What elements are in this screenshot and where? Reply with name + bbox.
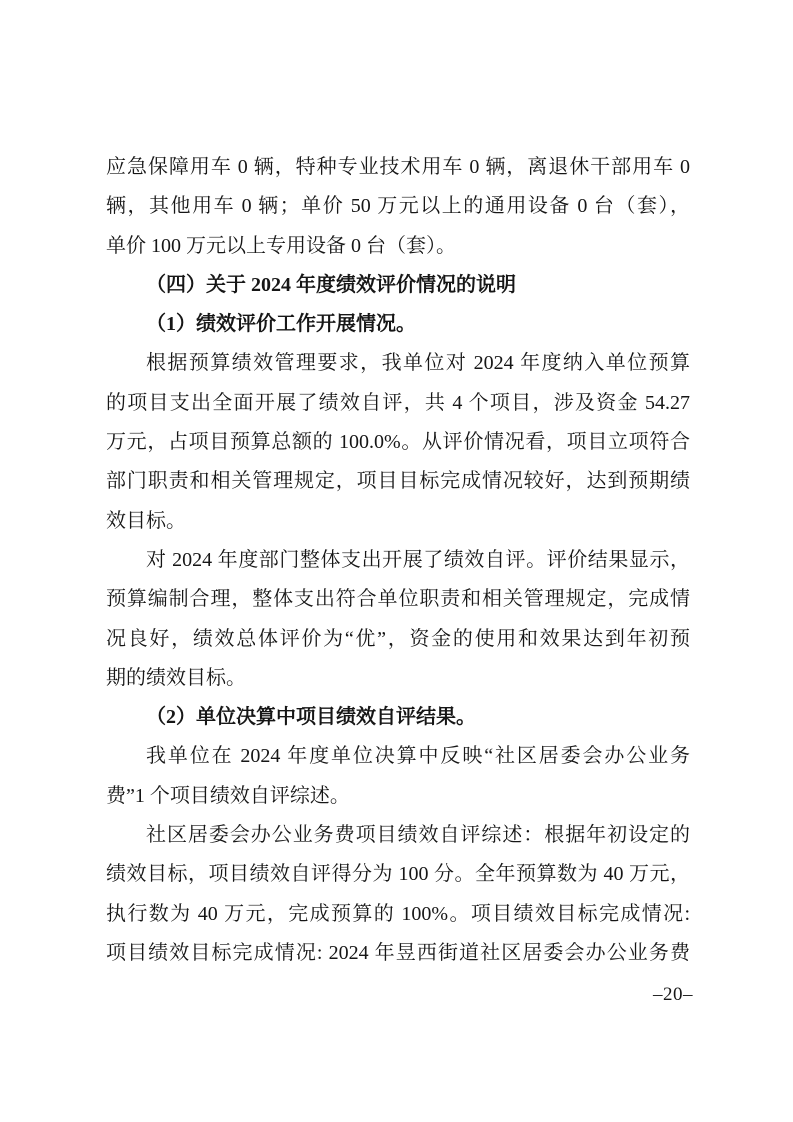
body-text-line: 应急保障用车 0 辆，特种专业技术用车 0 辆，离退休干部用车 0 xyxy=(106,148,690,187)
heading-line: （四）关于 2024 年度绩效评价情况的说明 xyxy=(106,266,690,305)
body-text-line: 效目标。 xyxy=(106,502,690,541)
body-text-line: 单价 100 万元以上专用设备 0 台（套）。 xyxy=(106,227,690,266)
heading-line: （2）单位决算中项目绩效自评结果。 xyxy=(106,698,690,737)
body-text-line: 社区居委会办公业务费项目绩效自评综述：根据年初设定的 xyxy=(106,816,690,855)
page-number: –20– xyxy=(653,984,693,1006)
text-block: 应急保障用车 0 辆，特种专业技术用车 0 辆，离退休干部用车 0辆，其他用车 … xyxy=(106,148,690,973)
body-text-line: 费”1 个项目绩效自评综述。 xyxy=(106,777,690,816)
document-page: 应急保障用车 0 辆，特种专业技术用车 0 辆，离退休干部用车 0辆，其他用车 … xyxy=(0,0,793,1122)
body-text-line: 预算编制合理，整体支出符合单位职责和相关管理规定，完成情 xyxy=(106,580,690,619)
body-text-line: 绩效目标，项目绩效自评得分为 100 分。全年预算数为 40 万元， xyxy=(106,855,690,894)
body-text-line: 况良好，绩效总体评价为“优”，资金的使用和效果达到年初预 xyxy=(106,620,690,659)
body-text-line: 执行数为 40 万元，完成预算的 100%。项目绩效目标完成情况: xyxy=(106,895,690,934)
body-text-line: 万元，占项目预算总额的 100.0%。从评价情况看，项目立项符合 xyxy=(106,423,690,462)
body-text-line: 辆，其他用车 0 辆；单价 50 万元以上的通用设备 0 台（套）， xyxy=(106,187,690,226)
body-text-line: 根据预算绩效管理要求，我单位对 2024 年度纳入单位预算 xyxy=(106,344,690,383)
body-text-line: 我单位在 2024 年度单位决算中反映“社区居委会办公业务 xyxy=(106,737,690,776)
body-text-line: 项目绩效目标完成情况: 2024 年昱西街道社区居委会办公业务费 xyxy=(106,934,690,973)
body-text-line: 部门职责和相关管理规定，项目目标完成情况较好，达到预期绩 xyxy=(106,462,690,501)
body-text-line: 期的绩效目标。 xyxy=(106,659,690,698)
body-text-line: 的项目支出全面开展了绩效自评，共 4 个项目，涉及资金 54.27 xyxy=(106,384,690,423)
heading-line: （1）绩效评价工作开展情况。 xyxy=(106,305,690,344)
body-text-line: 对 2024 年度部门整体支出开展了绩效自评。评价结果显示， xyxy=(106,541,690,580)
